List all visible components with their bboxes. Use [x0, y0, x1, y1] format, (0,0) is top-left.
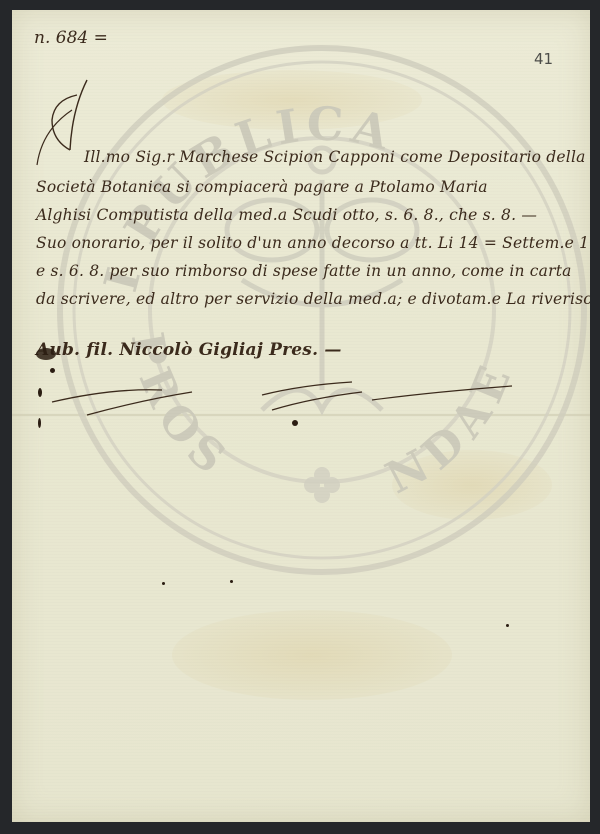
ink-speck [506, 624, 509, 627]
reference-number: n. 684 = [34, 28, 108, 48]
watermark-seal: I PUBLICA PROS NDAE [42, 30, 590, 590]
ink-blot [292, 420, 298, 426]
signature-underline-strokes [32, 370, 532, 440]
text-line-5: e s. 6. 8. per suo rimborso di spese fat… [36, 262, 572, 280]
ink-blot [38, 388, 42, 397]
folio-number: 41 [534, 50, 553, 68]
text-line-3: Alghisi Computista della med.a Scudi ott… [36, 206, 537, 224]
ink-blot [36, 348, 56, 360]
signature-line: Aub. fil. Niccolò Gigliaj Pres. — [36, 340, 342, 360]
ink-speck [162, 582, 165, 585]
text-line-2: Società Botanica si compiacerà pagare a … [36, 178, 488, 196]
text-line-1: Ill.mo Sig.r Marchese Scipion Capponi co… [84, 148, 586, 166]
paper-stain [172, 610, 452, 700]
ink-blot [38, 418, 41, 428]
seal-icon: I PUBLICA PROS NDAE [42, 30, 590, 590]
ink-blot [50, 368, 55, 373]
text-line-6: da scrivere, ed altro per servizio della… [36, 290, 590, 308]
ink-speck [230, 580, 233, 583]
text-line-4: Suo onorario, per il solito d'un anno de… [36, 234, 590, 252]
manuscript-page: I PUBLICA PROS NDAE n. 684 = 41 [12, 10, 590, 822]
